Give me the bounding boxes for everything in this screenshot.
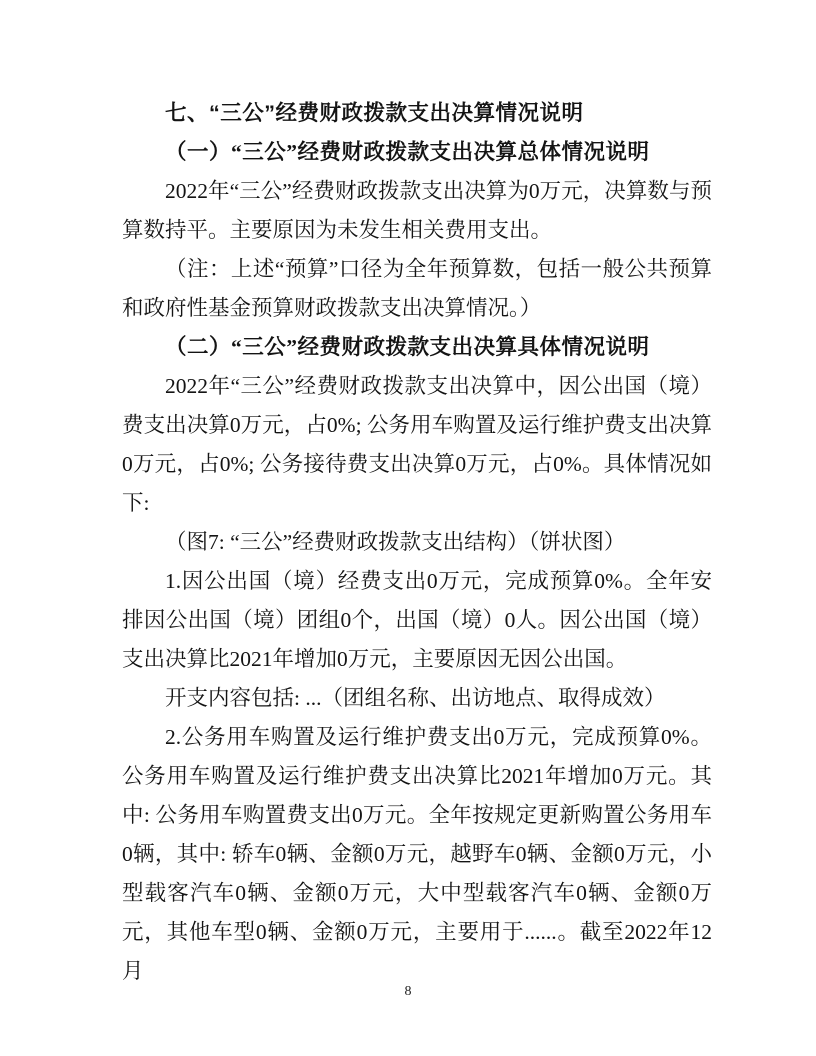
paragraph-item2-official-vehicles: 2.公务用车购置及运行维护费支出0万元，完成预算0%。公务用车购置及运行维护费支…: [122, 718, 712, 991]
document-content: 七、“三公”经费财政拨款支出决算情况说明 （一）“三公”经费财政拨款支出决算总体…: [122, 94, 712, 991]
paragraph-budget-note: （注：上述“预算”口径为全年预算数，包括一般公共预算和政府性基金预算财政拨款支出…: [122, 250, 712, 328]
document-page: 七、“三公”经费财政拨款支出决算情况说明 （一）“三公”经费财政拨款支出决算总体…: [0, 0, 816, 1056]
section-heading-three-public-funds: 七、“三公”经费财政拨款支出决算情况说明: [122, 94, 712, 133]
subheading-overall-situation: （一）“三公”经费财政拨款支出决算总体情况说明: [122, 133, 712, 172]
subheading-specific-situation: （二）“三公”经费财政拨款支出决算具体情况说明: [122, 328, 712, 367]
paragraph-overall-situation: 2022年“三公”经费财政拨款支出决算为0万元，决算数与预算数持平。主要原因为未…: [122, 172, 712, 250]
paragraph-item1-overseas-travel: 1.因公出国（境）经费支出0万元，完成预算0%。全年安排因公出国（境）团组0个，…: [122, 562, 712, 679]
paragraph-specific-summary: 2022年“三公”经费财政拨款支出决算中，因公出国（境）费支出决算0万元，占0%…: [122, 367, 712, 523]
paragraph-item1-expense-content: 开支内容包括: ...（团组名称、出访地点、取得成效）: [122, 679, 712, 718]
page-number: 8: [0, 982, 816, 1002]
caption-figure7-pie-chart: （图7: “三公”经费财政拨款支出结构）（饼状图）: [122, 523, 712, 562]
